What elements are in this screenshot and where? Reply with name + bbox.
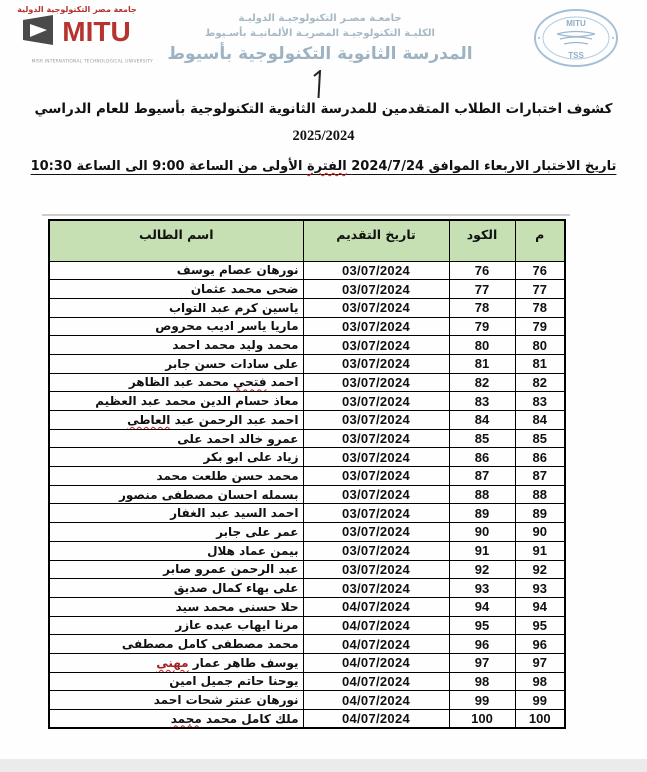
cell-serial: 98 bbox=[515, 672, 565, 691]
cell-code: 99 bbox=[449, 691, 515, 710]
cell-code: 94 bbox=[449, 597, 515, 616]
cell-student-name: احمد فتحي محمد عبد الظاهر bbox=[49, 373, 303, 392]
university-name-arabic: جامعة مصر التكنولوجية الدولية bbox=[8, 5, 146, 14]
cell-date: 03/07/2024 bbox=[303, 448, 449, 467]
cell-student-name: ياسين كرم عبد التواب bbox=[49, 298, 303, 317]
table-row: 828203/07/2024احمد فتحي محمد عبد الظاهر bbox=[49, 373, 565, 392]
mitu-emblem-icon bbox=[23, 15, 59, 49]
table-row: 959504/07/2024مرنا ايهاب عبده عازر bbox=[49, 616, 565, 635]
cell-student-name: بيمن عماد هلال bbox=[49, 541, 303, 560]
seal-top-label: MITU bbox=[566, 19, 586, 28]
cell-date: 03/07/2024 bbox=[303, 467, 449, 486]
table-row: 818103/07/2024على سادات حسن جابر bbox=[49, 354, 565, 373]
cell-student-name: على سادات حسن جابر bbox=[49, 354, 303, 373]
cell-code: 93 bbox=[449, 579, 515, 598]
stray-pen-mark bbox=[312, 70, 324, 104]
cell-serial: 79 bbox=[515, 317, 565, 336]
cell-date: 04/07/2024 bbox=[303, 672, 449, 691]
cell-serial: 78 bbox=[515, 298, 565, 317]
cell-student-name: يوسف طاهر عمار مهنى bbox=[49, 653, 303, 672]
cell-serial: 96 bbox=[515, 635, 565, 654]
cell-date: 03/07/2024 bbox=[303, 485, 449, 504]
cell-student-name: زياد على ابو بكر bbox=[49, 448, 303, 467]
cell-serial: 85 bbox=[515, 429, 565, 448]
letterhead: جامعـة مصـر التكنولوجيـة الدوليـة الكليـ… bbox=[150, 12, 490, 64]
cell-serial: 95 bbox=[515, 616, 565, 635]
cell-date: 03/07/2024 bbox=[303, 354, 449, 373]
cell-student-name: على بهاء كمال صديق bbox=[49, 579, 303, 598]
cell-code: 98 bbox=[449, 672, 515, 691]
letterhead-college-line: الكليـة التكنولوجيـة المصريـة الألمانيـة… bbox=[150, 27, 490, 42]
cell-code: 97 bbox=[449, 653, 515, 672]
cell-student-name: بسمله احسان مصطفى منصور bbox=[49, 485, 303, 504]
table-row: 949404/07/2024حلا حسنى محمد سيد bbox=[49, 597, 565, 616]
cell-student-name: ملك كامل محمد مجمد bbox=[49, 710, 303, 729]
cell-serial: 87 bbox=[515, 467, 565, 486]
cell-code: 76 bbox=[449, 261, 515, 280]
cell-code: 90 bbox=[449, 523, 515, 542]
cell-code: 88 bbox=[449, 485, 515, 504]
cell-code: 96 bbox=[449, 635, 515, 654]
cell-serial: 89 bbox=[515, 504, 565, 523]
cell-serial: 88 bbox=[515, 485, 565, 504]
cell-code: 95 bbox=[449, 616, 515, 635]
cell-serial: 94 bbox=[515, 597, 565, 616]
header-date: تاريخ التقديم bbox=[303, 220, 449, 261]
cell-code: 92 bbox=[449, 560, 515, 579]
cell-serial: 100 bbox=[515, 710, 565, 729]
cell-student-name: محمد وليد محمد احمد bbox=[49, 336, 303, 355]
cell-student-name: ماريا ياسر اديب محروص bbox=[49, 317, 303, 336]
cell-date: 03/07/2024 bbox=[303, 317, 449, 336]
cell-code: 80 bbox=[449, 336, 515, 355]
table-row: 848403/07/2024احمد عبد الرحمن عبد العاطى bbox=[49, 411, 565, 430]
cell-date: 03/07/2024 bbox=[303, 504, 449, 523]
spellchecked-word: العاطى bbox=[127, 413, 170, 427]
seal-bottom-label: TSS bbox=[568, 51, 584, 60]
header-code: الكود bbox=[449, 220, 515, 261]
table-header-row: م الكود تاريخ التقديم اسم الطالب bbox=[49, 220, 565, 261]
cell-serial: 99 bbox=[515, 691, 565, 710]
cell-serial: 92 bbox=[515, 560, 565, 579]
students-table: م الكود تاريخ التقديم اسم الطالب 767603/… bbox=[48, 219, 566, 729]
cell-code: 100 bbox=[449, 710, 515, 729]
cell-date: 04/07/2024 bbox=[303, 597, 449, 616]
table-row: 808003/07/2024محمد وليد محمد احمد bbox=[49, 336, 565, 355]
cell-serial: 77 bbox=[515, 280, 565, 299]
document-page: جامعة مصر التكنولوجية الدولية MITU MISR … bbox=[0, 0, 647, 772]
cell-date: 03/07/2024 bbox=[303, 523, 449, 542]
cell-date: 03/07/2024 bbox=[303, 336, 449, 355]
cell-date: 03/07/2024 bbox=[303, 261, 449, 280]
cell-student-name: احمد السيد عبد الغفار bbox=[49, 504, 303, 523]
cell-serial: 81 bbox=[515, 354, 565, 373]
cell-student-name: معاذ حسام الدين محمد عبد العظيم bbox=[49, 392, 303, 411]
cell-student-name: عمرو خالد احمد على bbox=[49, 429, 303, 448]
cell-code: 78 bbox=[449, 298, 515, 317]
cell-student-name: نورهان عنتر شحات احمد bbox=[49, 691, 303, 710]
cell-date: 03/07/2024 bbox=[303, 411, 449, 430]
university-name-english: MISR INTERNATIONAL TECHNOLOGICAL UNIVERS… bbox=[32, 59, 153, 64]
cell-code: 79 bbox=[449, 317, 515, 336]
cell-date: 04/07/2024 bbox=[303, 635, 449, 654]
photo-edge-strip bbox=[0, 759, 647, 772]
table-row: 797903/07/2024ماريا ياسر اديب محروص bbox=[49, 317, 565, 336]
cell-date: 04/07/2024 bbox=[303, 691, 449, 710]
schedule-text: الأولى من الساعة 9:00 الى الساعة 10:30 bbox=[31, 159, 307, 174]
cell-date: 03/07/2024 bbox=[303, 560, 449, 579]
table-row: 868603/07/2024زياد على ابو بكر bbox=[49, 448, 565, 467]
schedule-text: تاريخ الاختبار الاربعاء الموافق 2024/7/2… bbox=[347, 159, 617, 174]
cell-student-name: نورهان عصام يوسف bbox=[49, 261, 303, 280]
table-row: 969604/07/2024محمد مصطفى كامل مصطفى bbox=[49, 635, 565, 654]
cell-code: 89 bbox=[449, 504, 515, 523]
table-row: 919103/07/2024بيمن عماد هلال bbox=[49, 541, 565, 560]
header-serial: م bbox=[515, 220, 565, 261]
cell-code: 87 bbox=[449, 467, 515, 486]
cell-date: 03/07/2024 bbox=[303, 280, 449, 299]
exam-schedule-line: تاريخ الاختبار الاربعاء الموافق 2024/7/2… bbox=[16, 159, 631, 174]
spellchecked-word: فتحي bbox=[233, 375, 267, 389]
cell-code: 84 bbox=[449, 411, 515, 430]
cell-date: 03/07/2024 bbox=[303, 392, 449, 411]
cell-serial: 93 bbox=[515, 579, 565, 598]
table-row: 999904/07/2024نورهان عنتر شحات احمد bbox=[49, 691, 565, 710]
cell-serial: 97 bbox=[515, 653, 565, 672]
school-seal-icon: MITU TSS bbox=[533, 8, 619, 72]
cell-date: 03/07/2024 bbox=[303, 373, 449, 392]
cell-date: 03/07/2024 bbox=[303, 541, 449, 560]
letterhead-school-line: المدرسة الثانوية التكنولوجية بأسيوط bbox=[150, 44, 490, 64]
table-row: 858503/07/2024عمرو خالد احمد على bbox=[49, 429, 565, 448]
cell-code: 91 bbox=[449, 541, 515, 560]
cell-serial: 86 bbox=[515, 448, 565, 467]
cell-serial: 83 bbox=[515, 392, 565, 411]
document-title: كشوف اختبارات الطلاب المتقدمين للمدرسة ا… bbox=[20, 101, 627, 117]
cell-serial: 80 bbox=[515, 336, 565, 355]
cell-date: 03/07/2024 bbox=[303, 429, 449, 448]
table-row: 787803/07/2024ياسين كرم عبد التواب bbox=[49, 298, 565, 317]
cell-serial: 82 bbox=[515, 373, 565, 392]
cell-date: 03/07/2024 bbox=[303, 579, 449, 598]
cell-code: 81 bbox=[449, 354, 515, 373]
students-table-body: 767603/07/2024نورهان عصام يوسف777703/07/… bbox=[49, 261, 565, 728]
cell-student-name: ضحى محمد عثمان bbox=[49, 280, 303, 299]
table-row: 909003/07/2024عمر على جابر bbox=[49, 523, 565, 542]
table-row: 898903/07/2024احمد السيد عبد الغفار bbox=[49, 504, 565, 523]
university-logo: جامعة مصر التكنولوجية الدولية MITU MISR … bbox=[8, 5, 146, 68]
cell-student-name: محمد حسن طلعت محمد bbox=[49, 467, 303, 486]
academic-year: 2025/2024 bbox=[0, 128, 647, 145]
cell-student-name: عمر على جابر bbox=[49, 523, 303, 542]
spellchecked-word: مجمد bbox=[171, 712, 202, 726]
cell-student-name: حلا حسنى محمد سيد bbox=[49, 597, 303, 616]
cell-code: 85 bbox=[449, 429, 515, 448]
table-row: 989804/07/2024يوحنا حاتم جميل امين bbox=[49, 672, 565, 691]
letterhead-university-line: جامعـة مصـر التكنولوجيـة الدوليـة bbox=[150, 12, 490, 27]
cell-student-name: احمد عبد الرحمن عبد العاطى bbox=[49, 411, 303, 430]
cell-serial: 90 bbox=[515, 523, 565, 542]
cell-serial: 84 bbox=[515, 411, 565, 430]
table-row: 767603/07/2024نورهان عصام يوسف bbox=[49, 261, 565, 280]
cell-code: 82 bbox=[449, 373, 515, 392]
cell-date: 04/07/2024 bbox=[303, 710, 449, 729]
header-name: اسم الطالب bbox=[49, 220, 303, 261]
divider-line bbox=[42, 214, 570, 216]
cell-serial: 91 bbox=[515, 541, 565, 560]
table-row: 777703/07/2024ضحى محمد عثمان bbox=[49, 280, 565, 299]
cell-student-name: يوحنا حاتم جميل امين bbox=[49, 672, 303, 691]
cell-code: 77 bbox=[449, 280, 515, 299]
cell-code: 86 bbox=[449, 448, 515, 467]
table-row: 10010004/07/2024ملك كامل محمد مجمد bbox=[49, 710, 565, 729]
table-row: 929203/07/2024عبد الرحمن عمرو صابر bbox=[49, 560, 565, 579]
mitu-acronym: MITU bbox=[62, 18, 130, 46]
cell-date: 03/07/2024 bbox=[303, 298, 449, 317]
cell-date: 04/07/2024 bbox=[303, 653, 449, 672]
cell-code: 83 bbox=[449, 392, 515, 411]
cell-serial: 76 bbox=[515, 261, 565, 280]
table-row: 878703/07/2024محمد حسن طلعت محمد bbox=[49, 467, 565, 486]
table-row: 939303/07/2024على بهاء كمال صديق bbox=[49, 579, 565, 598]
table-row: 979704/07/2024يوسف طاهر عمار مهنى bbox=[49, 653, 565, 672]
cell-student-name: عبد الرحمن عمرو صابر bbox=[49, 560, 303, 579]
cell-student-name: محمد مصطفى كامل مصطفى bbox=[49, 635, 303, 654]
cell-date: 04/07/2024 bbox=[303, 616, 449, 635]
cell-student-name: مرنا ايهاب عبده عازر bbox=[49, 616, 303, 635]
spellchecked-word: مهنى bbox=[156, 656, 188, 670]
table-row: 838303/07/2024معاذ حسام الدين محمد عبد ا… bbox=[49, 392, 565, 411]
spellchecked-word: الفترة bbox=[307, 159, 347, 174]
table-row: 888803/07/2024بسمله احسان مصطفى منصور bbox=[49, 485, 565, 504]
